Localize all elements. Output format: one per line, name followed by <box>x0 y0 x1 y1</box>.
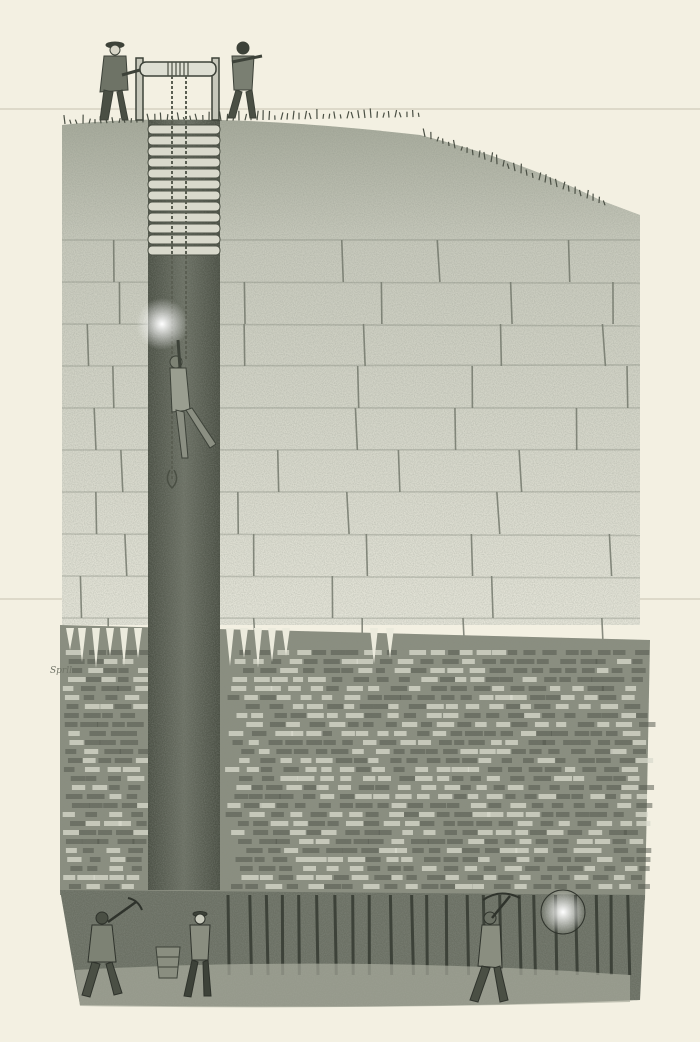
mine-shaft <box>148 120 220 890</box>
mine-shaft-illustration <box>0 0 700 1042</box>
windlass-man-right <box>228 42 262 118</box>
windlass-man-left <box>100 42 140 120</box>
water-bucket <box>156 947 180 978</box>
artist-signature: Sprll <box>50 666 72 676</box>
